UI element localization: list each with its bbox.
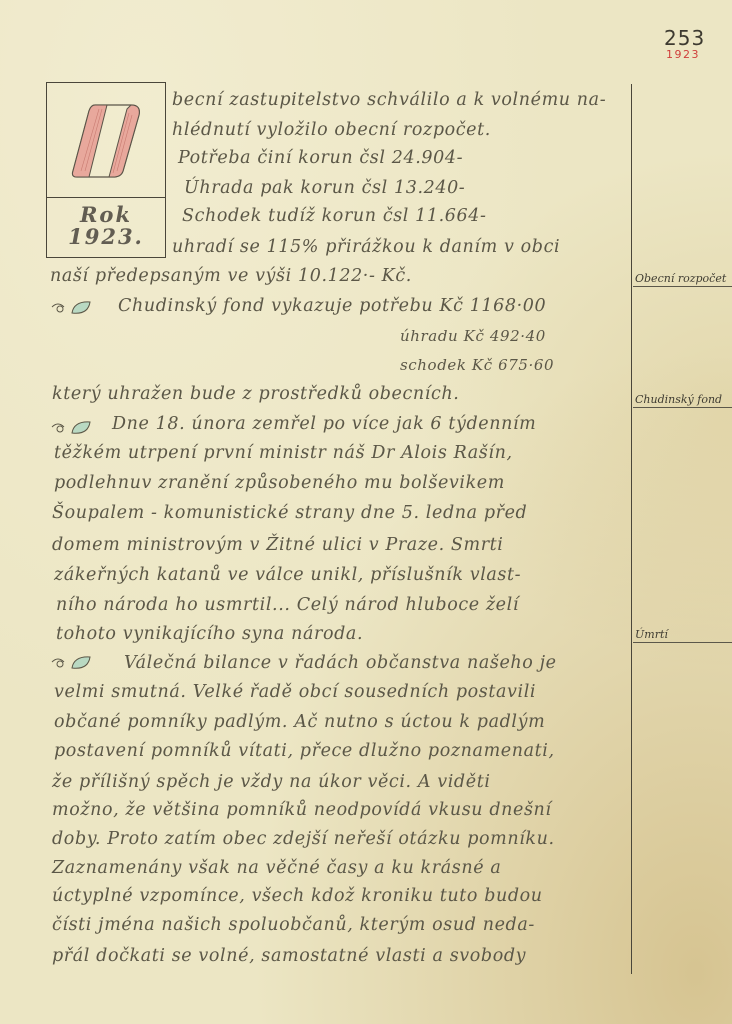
- poor-fund-line-uhrada: úhradu Kč 492·40: [400, 327, 546, 345]
- body-line: Šoupalem - komunistické strany dne 5. le…: [52, 503, 527, 523]
- initial-letter-panel: [47, 83, 165, 198]
- body-line: Dne 18. února zemřel po více jak 6 týden…: [112, 414, 536, 434]
- rok-label: Rok: [47, 204, 165, 226]
- body-line: postavení pomníků vítati, přece dlužno p…: [54, 741, 555, 761]
- body-line: Zaznamenány však na věčné časy a ku krás…: [52, 858, 501, 878]
- body-line: domem ministrovým v Žitné ulici v Praze.…: [52, 535, 504, 555]
- page-number: 253: [664, 26, 705, 50]
- initial-box: Rok 1923.: [46, 82, 166, 258]
- body-line: zákeřných katanů ve válce unikl, přísluš…: [54, 565, 521, 585]
- body-line: podlehnuv zranění způsobeného mu bolševi…: [54, 473, 505, 493]
- body-line: přál dočkati se volné, samostatné vlasti…: [52, 946, 526, 966]
- body-line: že přílišný spěch je vždy na úkor věci. …: [52, 772, 491, 792]
- margin-note-obecni-rozpocet: Obecní rozpočet: [633, 272, 732, 287]
- budget-line-potreba: Potřeba činí korun čsl 24.904-: [178, 148, 463, 168]
- body-line: těžkém utrpení první ministr náš Dr Aloi…: [54, 443, 513, 463]
- body-line: doby. Proto zatím obec zdejší neřeší otá…: [52, 829, 555, 849]
- poor-fund-line-potreba: Chudinský fond vykazuje potřebu Kč 1168·…: [118, 296, 546, 316]
- body-line: Válečná bilance v řadách občanstva našeh…: [124, 653, 557, 673]
- budget-line-uhrada: Úhrada pak korun čsl 13.240-: [184, 178, 465, 198]
- margin-note-chudinsky-fond: Chudinský fond: [633, 393, 732, 408]
- paragraph-leaf-icon: [50, 299, 96, 317]
- budget-line-schodek: Schodek tudíž korun čsl 11.664-: [182, 206, 487, 226]
- paragraph-leaf-icon: [50, 654, 96, 672]
- body-line: občané pomníky padlým. Ač nutno s úctou …: [54, 712, 545, 732]
- margin-note-umrti: Úmrtí: [633, 628, 732, 643]
- body-line: čísti jména našich spoluobčanů, kterým o…: [52, 915, 535, 935]
- margin-rule-divider: [631, 84, 632, 974]
- body-line: úctyplné vzpomínce, všech kdož kroniku t…: [52, 886, 543, 906]
- body-line: uhradí se 115% přirážkou k daním v obci: [172, 237, 560, 257]
- rok-year: 1923.: [47, 226, 165, 248]
- body-line: ního národa ho usmrtil... Celý národ hlu…: [56, 595, 519, 615]
- decorated-initial-d-icon: [69, 101, 145, 181]
- body-line: možno, že většina pomníků neodpovídá vku…: [52, 800, 552, 820]
- body-line: tohoto vynikajícího syna národa.: [56, 624, 363, 644]
- year-panel: Rok 1923.: [47, 198, 165, 257]
- body-line: naší předepsaným ve výši 10.122·- Kč.: [50, 266, 412, 286]
- page-year-stamp: 1923: [666, 48, 700, 61]
- paragraph-leaf-icon: [50, 419, 96, 437]
- poor-fund-line-schodek: schodek Kč 675·60: [400, 356, 554, 374]
- body-line: hlédnutí vyložilo obecní rozpočet.: [172, 120, 491, 140]
- body-line: becní zastupitelstvo schválilo a k volné…: [172, 90, 606, 110]
- body-line: velmi smutná. Velké řadě obcí sousedních…: [54, 682, 536, 702]
- body-line: který uhražen bude z prostředků obecních…: [52, 384, 459, 404]
- chronicle-page: 253 1923 Rok 1923. Obecní rozpočet Chudi…: [0, 0, 732, 1024]
